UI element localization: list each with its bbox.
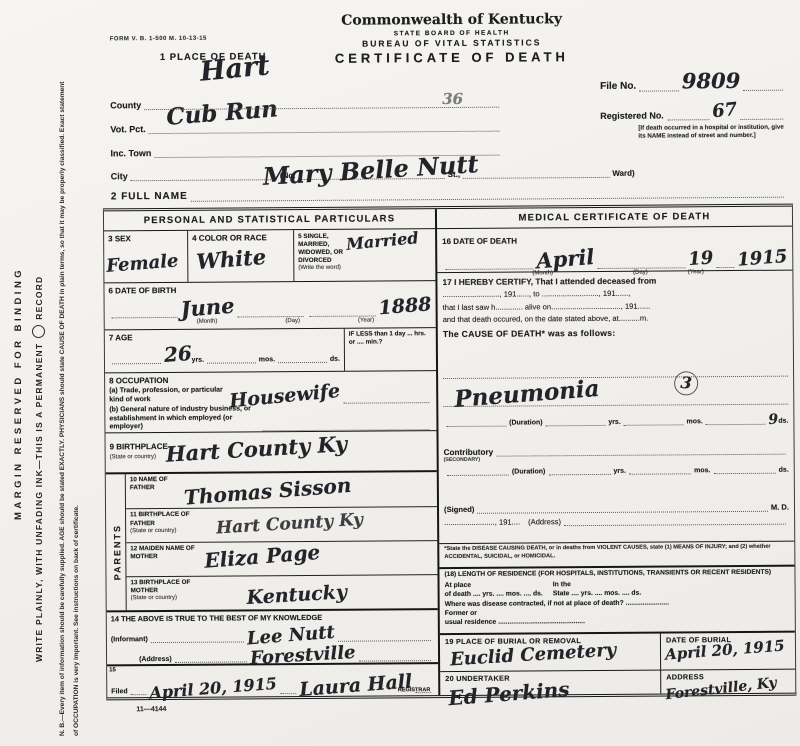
parents-section: PARENTS 10 NAME OF FATHER Thomas Sisson … <box>106 472 438 612</box>
medical-certificate-column: MEDICAL CERTIFICATE OF DEATH 16 DATE OF … <box>437 207 795 695</box>
duration1-label: (Duration) <box>509 419 543 426</box>
contributory-field: Contributory (SECONDARY) (Duration) yrs.… <box>439 439 794 499</box>
margin-note-write-plainly: WRITE PLAINLY, WITH UNFADING INK—THIS IS… <box>32 276 45 662</box>
margin-note-nb: N. B.—Every item of information should b… <box>56 74 84 736</box>
registrar-label: REGISTRAR <box>398 687 430 693</box>
age-value: 26 <box>163 343 192 365</box>
form-number: FORM V. B. 1-500 M. 10-13-15 <box>110 36 207 43</box>
hospital-instruction-note: [If death occurred in a hospital or inst… <box>638 124 786 142</box>
full-name-value: Mary Belle Nutt <box>262 152 479 189</box>
undertaker-field: 20 UNDERTAKER Ed Perkins <box>440 671 660 696</box>
dotted-line <box>546 420 606 426</box>
file-number-label: File No. <box>600 81 636 92</box>
duration2-yrs: yrs. <box>613 467 626 474</box>
dotted-line <box>207 350 256 364</box>
residence-section: (18) LENGTH OF RESIDENCE (FOR HOSPITALS,… <box>439 565 794 633</box>
dotted-line <box>447 469 509 475</box>
duration1-days-value: 9 <box>768 412 779 427</box>
dotted-line <box>716 254 734 268</box>
age-label: 7 AGE <box>109 332 340 343</box>
color-race-value: White <box>196 245 267 271</box>
day-sublabel: (Day) <box>285 318 300 324</box>
county-field: County <box>110 94 502 110</box>
death-day-sublabel: (Day) <box>633 270 648 276</box>
informant-label: (Informant) <box>111 636 148 643</box>
signed-field: (Signed) M. D. ........................,… <box>439 497 794 543</box>
county-label: County <box>110 100 141 110</box>
sign-date-line: ........................, 191.... <box>444 518 520 528</box>
margin-note-reserved: MARGIN RESERVED FOR BINDING <box>13 267 24 520</box>
certificate-body: PERSONAL AND STATISTICAL PARTICULARS 3 S… <box>103 204 796 701</box>
death-month-value: April <box>535 246 594 271</box>
death-year-sublabel: (Year) <box>688 269 704 275</box>
dotted-line <box>624 419 684 425</box>
date-of-birth-field: 6 DATE OF BIRTH June 1888 (Month) (Day) … <box>104 281 435 330</box>
year-sublabel: (Year) <box>358 318 374 324</box>
father-name-field: 10 NAME OF FATHER Thomas Sisson <box>126 472 437 510</box>
filed-date-value: April 20, 1915 <box>149 676 278 702</box>
undertaker-address-field: ADDRESS Forestville, Ky <box>660 670 795 694</box>
sex-field: 3 SEX Female <box>104 230 188 282</box>
dotted-line <box>131 166 277 181</box>
dotted-line <box>112 304 178 318</box>
dotted-line <box>175 649 247 663</box>
dotted-line <box>112 350 161 364</box>
medical-section-title: MEDICAL CERTIFICATE OF DEATH <box>437 207 792 229</box>
residence-in-state: In the State .... yrs. .... mos. .... ds… <box>553 579 642 599</box>
age-mos-label: mos. <box>259 356 275 363</box>
contributory-label: Contributory <box>444 447 494 456</box>
in-state-line2: State .... yrs. .... mos. .... ds. <box>553 589 641 599</box>
date-of-death-label: 16 DATE OF DEATH <box>442 237 517 247</box>
color-race-label: 4 COLOR OR RACE <box>192 233 289 243</box>
burial-row: 19 PLACE OF BURIAL OR REMOVAL Euclid Cem… <box>440 631 795 671</box>
certify-section: 17 I HEREBY CERTIFY, That I attended dec… <box>437 271 793 365</box>
mother-name-field: 12 MAIDEN NAME OF MOTHER Eliza Page <box>126 541 437 577</box>
death-certificate: FORM V. B. 1-500 M. 10-13-15 Commonwealt… <box>102 4 797 723</box>
duration2-ds: ds. <box>779 466 789 473</box>
age-less-than-note: IF LESS than 1 day ... hrs. or .... min.… <box>344 328 436 370</box>
date-of-death-field: 16 DATE OF DEATH April 19 1915 (Month) (… <box>437 227 792 273</box>
personal-section-title: PERSONAL AND STATISTICAL PARTICULARS <box>104 209 435 231</box>
marital-status-field: 5 SINGLE, MARRIED, WIDOWED, OR DIVORCED … <box>294 229 435 282</box>
filed-item-number: 15 <box>109 667 116 673</box>
form-plate-number: 11—4144 <box>136 706 166 713</box>
undertaker-row: 20 UNDERTAKER Ed Perkins ADDRESS Forestv… <box>440 669 795 695</box>
dotted-line <box>597 255 685 269</box>
in-state-line1: In the <box>553 579 641 589</box>
cause-footnote: *State the DISEASE CAUSING DEATH, or in … <box>444 544 789 562</box>
color-race-field: 4 COLOR OR RACE White <box>188 230 294 282</box>
certificate-title: CERTIFICATE OF DEATH <box>307 49 597 67</box>
footnote-section: *State the DISEASE CAUSING DEATH, or in … <box>439 541 794 567</box>
death-year-value: 1915 <box>737 248 788 270</box>
burial-place-field: 19 PLACE OF BURIAL OR REMOVAL Euclid Cem… <box>440 634 660 672</box>
dotted-line <box>280 680 296 694</box>
md-label: M. D. <box>771 503 789 512</box>
registered-number-label: Registered No. <box>600 110 664 120</box>
registrar-signature: Laura Hall <box>299 672 413 700</box>
sex-race-marital-row: 3 SEX Female 4 COLOR OR RACE White 5 SIN… <box>104 229 435 284</box>
attest-statement: 14 THE ABOVE IS TRUE TO THE BEST OF MY K… <box>111 612 434 623</box>
certificate-header: Commonwealth of Kentucky STATE BOARD OF … <box>307 11 597 68</box>
duration2-label: (Duration) <box>512 468 546 475</box>
full-name-label: 2 FULL NAME <box>111 190 188 202</box>
dotted-line <box>445 256 533 270</box>
dotted-line <box>338 628 431 642</box>
age-field: 7 AGE 26 yrs. mos. ds. <box>105 329 344 373</box>
dotted-line <box>741 106 784 120</box>
dotted-line <box>629 468 691 474</box>
occupation-field: 8 OCCUPATION (a) Trade, profession, or p… <box>105 371 436 433</box>
date-of-birth-label: 6 DATE OF BIRTH <box>108 284 431 295</box>
dotted-line <box>477 505 768 513</box>
county-value: Hart <box>199 52 271 85</box>
dotted-line <box>667 107 710 121</box>
cause-of-death-field: Pneumonia 3 (Duration) yrs. mos. 9 ds. <box>438 363 794 441</box>
former-residence-line2: usual residence ........................… <box>445 617 790 627</box>
marital-status-value: Married <box>346 230 420 253</box>
undertaker-value: Ed Perkins <box>448 679 570 708</box>
age-row: 7 AGE 26 yrs. mos. ds. IF LESS than 1 da… <box>105 328 436 373</box>
dotted-line <box>443 363 788 379</box>
dotted-line <box>743 77 783 91</box>
father-birthplace-value: Hart County Ky <box>216 512 364 538</box>
birth-month-value: June <box>180 295 235 320</box>
sign-address-label: (Address) <box>528 517 561 526</box>
margin-write-plainly-text: WRITE PLAINLY, WITH UNFADING INK—THIS IS… <box>34 343 44 662</box>
voting-precinct-field: Vot. Pct. <box>110 118 502 134</box>
file-number-value: 9809 <box>682 70 741 91</box>
dotted-line <box>191 184 784 202</box>
dotted-line <box>144 94 499 110</box>
dotted-line <box>706 419 766 425</box>
burial-date-field: DATE OF BURIAL April 20, 1915 <box>660 633 795 670</box>
marital-status-sublabel: (Write the word) <box>298 264 431 271</box>
dotted-line <box>548 469 610 475</box>
father-name-value: Thomas Sisson <box>183 475 352 508</box>
dotted-line <box>310 303 376 317</box>
inc-town-label: Inc. Town <box>110 148 151 158</box>
dotted-line <box>564 518 786 526</box>
birthplace-value: Hart County Ky <box>165 433 347 465</box>
dotted-line <box>278 349 327 363</box>
parents-label-text: PARENTS <box>112 510 122 580</box>
sex-value: Female <box>106 252 179 275</box>
mother-birthplace-field: 13 BIRTHPLACE OF MOTHER (State or countr… <box>126 575 437 611</box>
birthplace-field: 9 BIRTHPLACE (State or country) Hart Cou… <box>105 431 436 474</box>
dotted-line <box>639 78 679 92</box>
dotted-line <box>131 682 147 696</box>
mother-birthplace-label: 13 BIRTHPLACE OF MOTHER <box>130 578 208 595</box>
residence-at-place: At place of death .... yrs. .... mos. ..… <box>445 580 543 600</box>
dotted-line <box>238 304 304 318</box>
duration1-ds: ds. <box>778 418 788 425</box>
dotted-line <box>343 389 429 403</box>
dotted-line <box>149 118 500 134</box>
informant-address-label: (Address) <box>139 656 172 663</box>
registered-number-value: 67 <box>712 101 739 122</box>
mother-birthplace-value: Kentucky <box>246 583 347 608</box>
punch-hole-icon <box>32 325 45 338</box>
sex-label: 3 SEX <box>108 233 183 243</box>
ward-label: Ward) <box>612 168 634 177</box>
filed-label: Filed <box>111 688 127 695</box>
duration2-mos: mos. <box>694 467 710 474</box>
death-day-value: 19 <box>687 249 713 269</box>
duration1-yrs: yrs. <box>608 419 621 426</box>
city-label: City <box>111 171 128 181</box>
cause-of-death-label: The CAUSE OF DEATH* was as follows: <box>443 326 788 338</box>
dotted-line <box>496 441 786 457</box>
voting-precinct-label: Vot. Pct. <box>110 124 145 134</box>
father-birthplace-field: 11 BIRTHPLACE OF FATHER (State or countr… <box>126 508 437 544</box>
duration1-mos: mos. <box>686 418 702 425</box>
birth-year-value: 1888 <box>378 295 432 318</box>
certify-line4: and that death occured, on the date stat… <box>443 311 788 326</box>
dotted-line <box>713 467 775 473</box>
mother-name-label: 12 MAIDEN NAME OF MOTHER <box>130 545 200 562</box>
parents-vertical-label: PARENTS <box>106 474 127 610</box>
dotted-line <box>463 164 609 179</box>
filed-section: 15 Filed April 20, 1915 Laura Hall REGIS… <box>107 664 438 697</box>
bureau-line: BUREAU OF VITAL STATISTICS <box>307 37 597 50</box>
age-yrs-label: yrs. <box>192 357 205 364</box>
mother-name-value: Eliza Page <box>204 542 321 571</box>
birthplace-label: 9 BIRTHPLACE <box>110 442 168 451</box>
full-name-field: 2 FULL NAME <box>111 184 787 202</box>
commonwealth-title: Commonwealth of Kentucky <box>307 11 597 31</box>
occupation-a-label: (a) Trade, profession, or particular kin… <box>109 387 229 405</box>
informant-section: 14 THE ABOVE IS TRUE TO THE BEST OF MY K… <box>107 610 438 666</box>
father-birthplace-label: 11 BIRTHPLACE OF FATHER <box>130 511 208 528</box>
age-ds-label: ds. <box>330 356 340 363</box>
dotted-line <box>359 648 431 662</box>
dotted-line <box>151 629 244 643</box>
personal-particulars-column: PERSONAL AND STATISTICAL PARTICULARS 3 S… <box>104 209 440 697</box>
father-name-label: 10 NAME OF FATHER <box>130 476 190 493</box>
dotted-line <box>446 421 506 427</box>
file-number-field: File No. 9809 <box>600 70 786 92</box>
signed-label: (Signed) <box>444 505 474 514</box>
margin-record-text: RECORD <box>34 276 44 320</box>
registered-number-field: Registered No. 67 <box>600 102 786 121</box>
dotted-line <box>262 417 429 432</box>
